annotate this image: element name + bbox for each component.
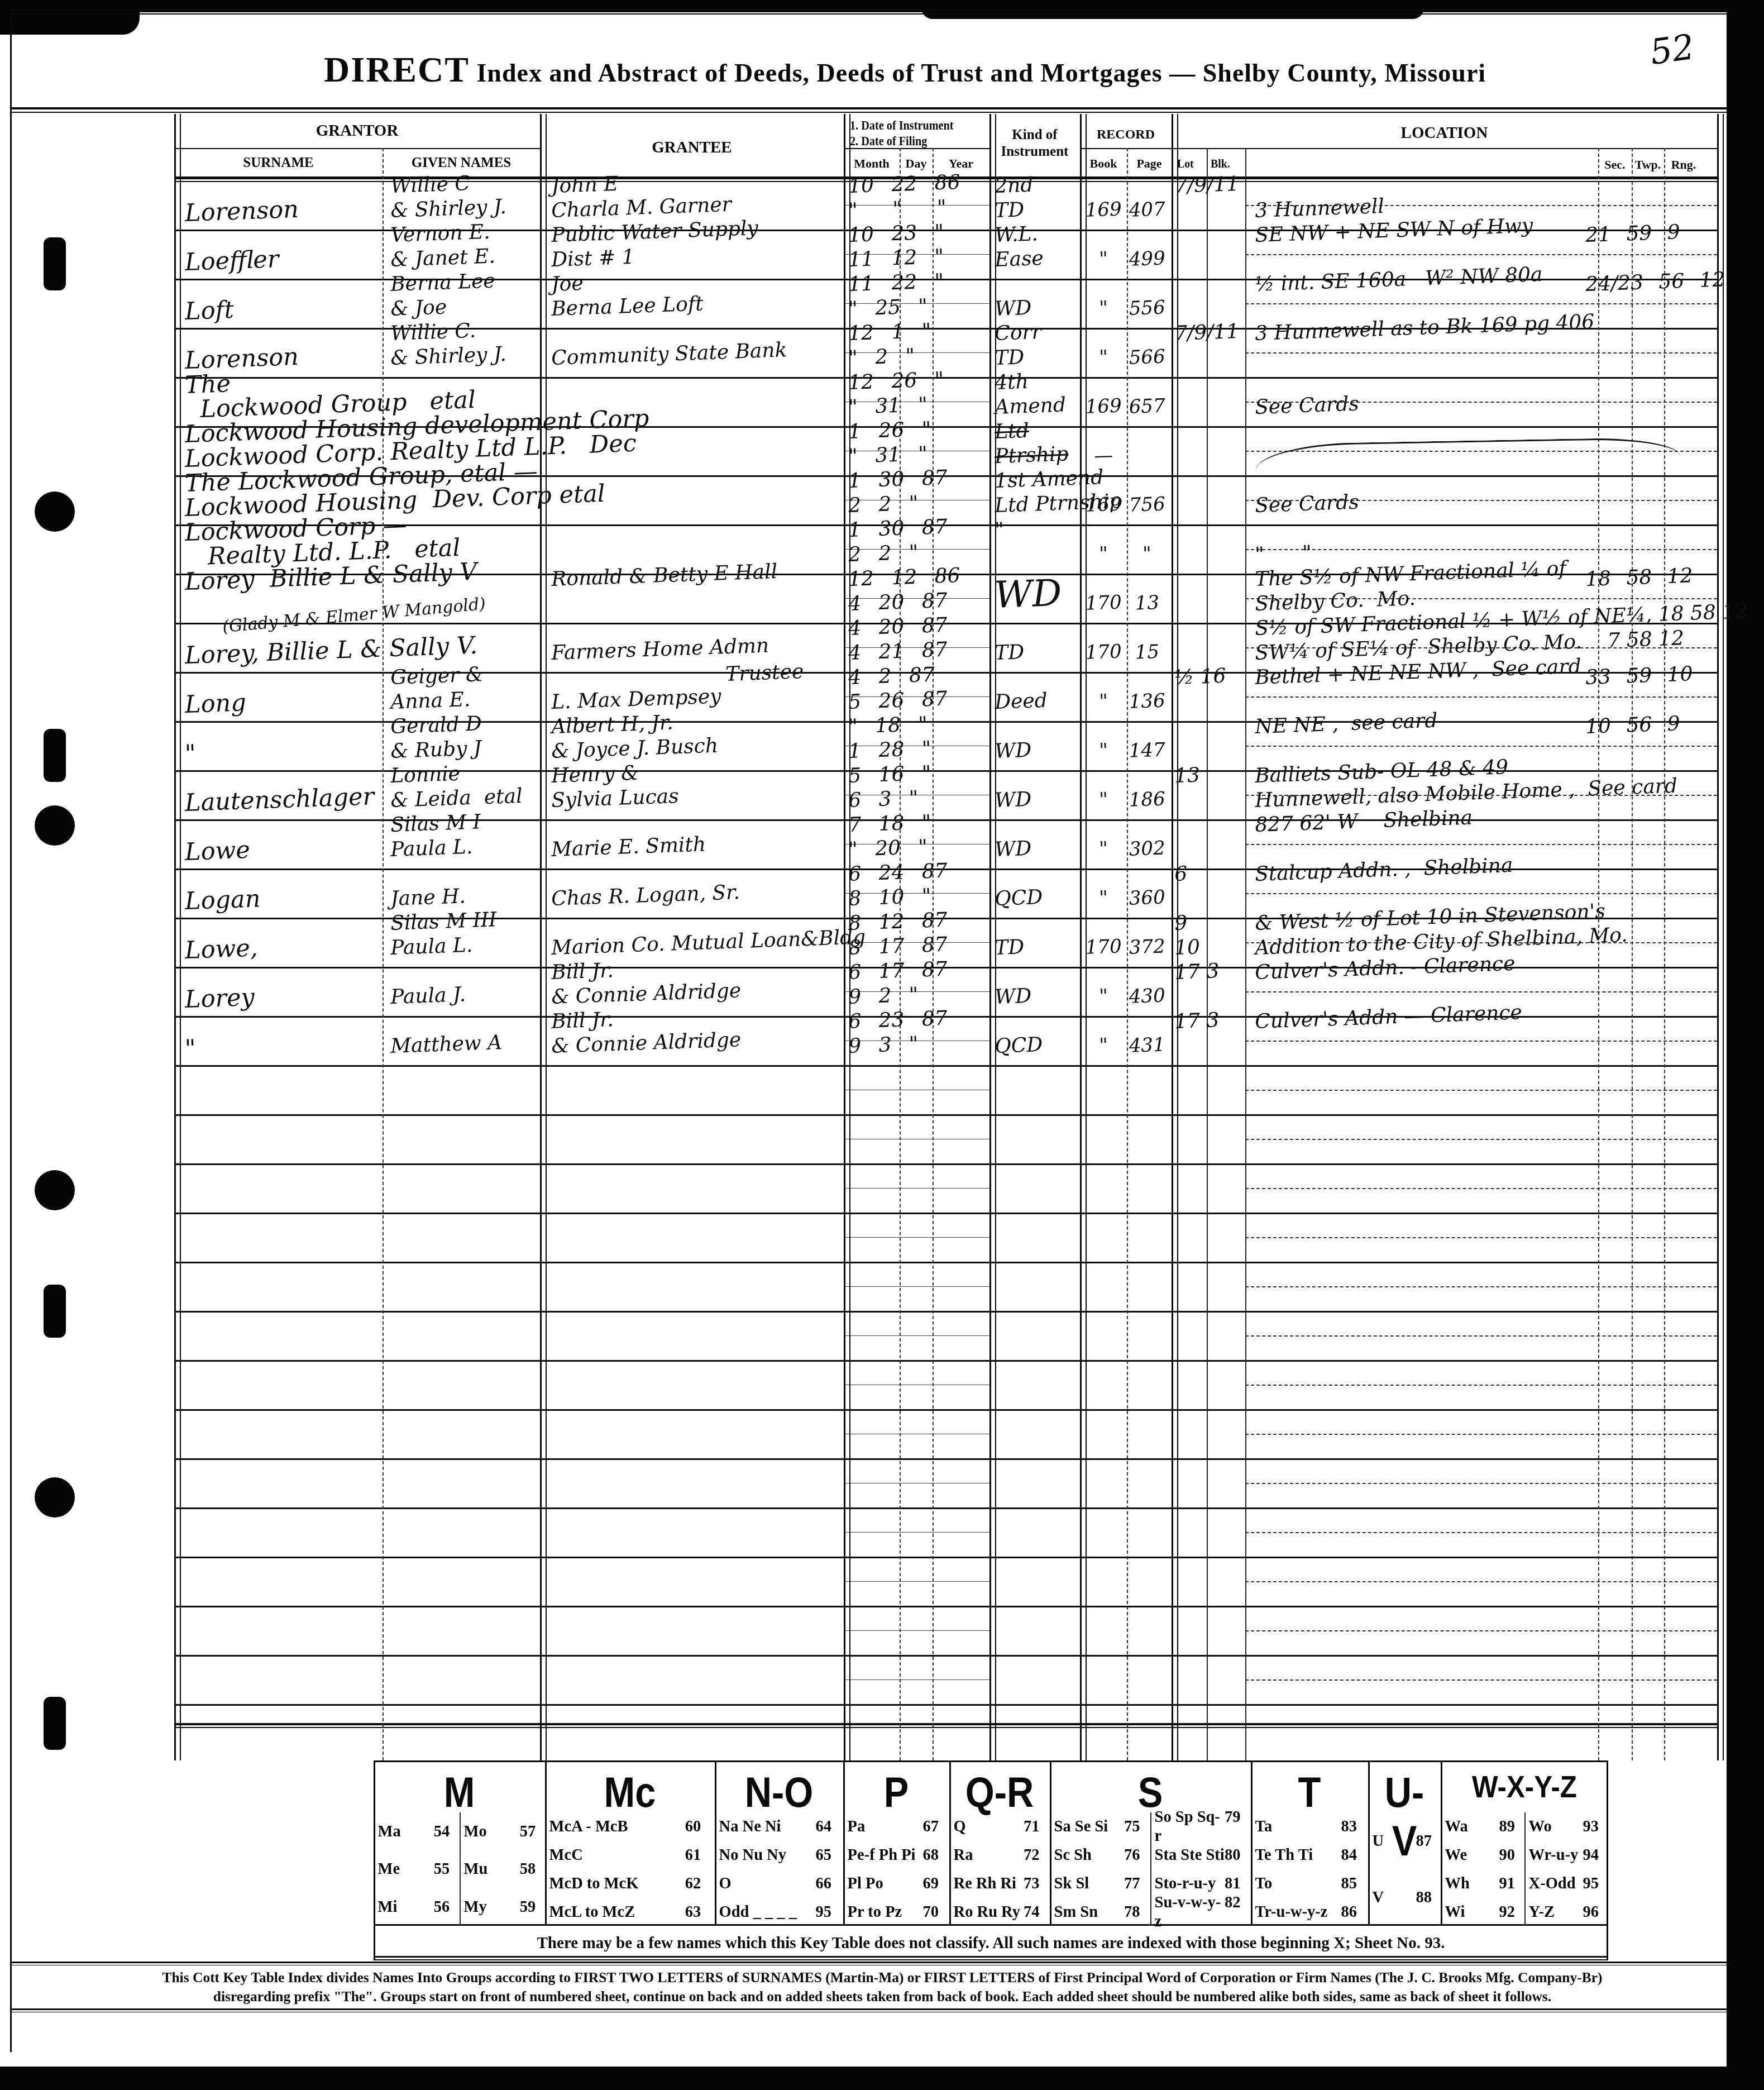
col-header-rng: Rng. (1664, 158, 1703, 172)
fine-print-line1: This Cott Key Table Index divides Names … (89, 1969, 1676, 1986)
hw-pg-bottom: 13 (1126, 591, 1168, 615)
rule-line (844, 1188, 989, 1189)
key-table-pair: Sk Sl77 (1050, 1874, 1145, 1893)
key-table-pair: Mi56 (374, 1897, 455, 1916)
key-table-pair: Te Th Ti84 (1251, 1845, 1363, 1864)
key-table-row: McD to McK62 (545, 1869, 715, 1898)
col-header-grantee: GRANTEE (540, 139, 844, 157)
col-header-date1: 1. Date of Instrument (850, 118, 954, 133)
key-table-pair: Sm Sn78 (1050, 1902, 1145, 1921)
rule-line (1607, 1926, 1608, 1959)
rule-line (174, 1360, 1717, 1362)
rule-line (844, 1483, 989, 1483)
hw-dat-bottom: " 2 " (848, 345, 915, 370)
hw-bk-bottom: " (1083, 689, 1125, 713)
key-table-row: U87 (1368, 1812, 1441, 1869)
hw-sur-bottom: Lowe (184, 836, 250, 866)
key-range-label: Wa (1445, 1817, 1468, 1836)
rule-line (1245, 1139, 1717, 1141)
key-range-label: Pr to Pz (848, 1902, 902, 1921)
key-table-pair: Wa89 (1441, 1817, 1521, 1836)
rule-line (1245, 1188, 1717, 1190)
rule-line (1245, 1237, 1717, 1239)
hw-pg-bottom: 499 (1126, 247, 1168, 271)
key-sheet-number: 74 (1024, 1902, 1040, 1921)
key-sheet-number: 55 (434, 1859, 450, 1878)
key-sheet-number: 79 (1225, 1807, 1241, 1845)
key-table-pair: Wo93 (1524, 1817, 1604, 1836)
col-header-sec: Sec. (1598, 158, 1632, 172)
key-range-label: X-Odd (1529, 1874, 1576, 1893)
rule-line (174, 148, 540, 149)
key-sheet-number: 87 (1416, 1831, 1432, 1850)
key-column-letter: Q-R (955, 1768, 1044, 1817)
col-header-month: Month (844, 156, 900, 171)
hw-pg-bottom: 302 (1126, 837, 1168, 861)
hw-sur-bottom: " (184, 1034, 197, 1063)
key-range-label: McA - McB (549, 1817, 628, 1836)
key-table-pair: Sto-r-u-y81 (1150, 1874, 1246, 1893)
rule-line (174, 1163, 1717, 1165)
hw-dat-bottom: " " " (848, 196, 947, 222)
hw-kin-bottom: Ease (995, 247, 1044, 271)
key-table-row: Tr-u-w-y-z86 (1251, 1897, 1368, 1926)
hw-kin-top: 4th (995, 370, 1029, 394)
hw-dat-bottom: 4 21 87 (848, 638, 948, 665)
hw-dat-bottom: 11 12 " (848, 245, 944, 271)
hw-gra-top: John E (551, 173, 619, 198)
key-table-pair: Odd _ _ _ _95 (715, 1902, 837, 1921)
key-range-label: Ra (954, 1845, 973, 1864)
key-sheet-number: 56 (434, 1897, 450, 1916)
key-table-pair: No Nu Ny65 (715, 1845, 837, 1864)
col-header-kind1: Kind of (989, 127, 1080, 143)
hw-gra-top: Trustee (725, 660, 804, 686)
hw-sur-bottom: Logan (184, 885, 261, 915)
key-sheet-number: 89 (1499, 1817, 1516, 1836)
key-sheet-number: 63 (685, 1902, 701, 1921)
hw-pg-bottom: 431 (1126, 1033, 1168, 1057)
hw-giv-bottom: & Leida etal (390, 785, 523, 812)
key-range-label: McD to McK (549, 1874, 639, 1893)
rule-line (460, 1812, 461, 1926)
hw-str-top: 33 59 10 (1585, 662, 1694, 689)
scan-top-blob (0, 0, 140, 35)
hw-dat-top: 12 26 " (848, 368, 944, 394)
hw-gra-bottom: Community State Bank (551, 338, 788, 370)
col-header-page: Page (1127, 156, 1172, 171)
key-table-pair: Sta Ste Sti80 (1150, 1845, 1246, 1864)
hw-lot-top: 9 (1174, 912, 1188, 935)
rule-line (1245, 1630, 1717, 1633)
rule-line (844, 1385, 989, 1385)
col-header-day: Day (900, 156, 933, 171)
rule-line (844, 1679, 989, 1680)
hw-bk-bottom: " (1083, 1033, 1125, 1057)
hw-dat-bottom: 9 2 " (848, 984, 919, 1009)
rule-line (11, 2008, 1727, 2010)
key-range-label: Tr-u-w-y-z (1255, 1902, 1328, 1921)
key-table-pair: U87 (1368, 1831, 1437, 1850)
key-range-label: Mi (378, 1897, 398, 1916)
col-header-year: Year (933, 156, 989, 171)
hw-giv-top: Silas M III (390, 908, 497, 935)
rule-line (174, 1655, 1717, 1657)
key-table-row: V88 (1368, 1869, 1441, 1926)
hw-sur-bottom: Lautenschlager (184, 782, 375, 817)
hw-gra-bottom: & Connie Aldridge (551, 979, 742, 1009)
key-sheet-number: 96 (1583, 1902, 1599, 1921)
key-sheet-number: 86 (1341, 1902, 1357, 1921)
key-range-label: Sto-r-u-y (1155, 1874, 1216, 1893)
rule-line (1245, 1385, 1717, 1387)
hw-lot-top: 17 3 (1174, 1009, 1220, 1033)
key-sheet-number: 57 (519, 1822, 536, 1841)
key-sheet-number: 58 (519, 1859, 536, 1878)
rule-line (174, 1723, 1717, 1725)
col-header-book: Book (1080, 156, 1127, 171)
rule-line (844, 1532, 989, 1533)
page-title: DIRECT Index and Abstract of Deeds, Deed… (324, 49, 1486, 90)
hw-sur-bottom: Lorey, Billie L & Sally V. (184, 632, 477, 670)
key-table-pair: Pl Po69 (843, 1874, 944, 1893)
hw-giv-top: Vernon E. (390, 221, 491, 247)
col-header-lot: Lot (1177, 156, 1194, 171)
hw-dat-top: 6 17 87 (848, 958, 948, 984)
hw-kin-top: 1st Amend (995, 466, 1104, 493)
hw-sur-bottom: Lorey (184, 984, 255, 1014)
key-range-label: Wr-u-y (1529, 1845, 1579, 1864)
key-range-label: Sa Se Si (1054, 1817, 1108, 1836)
hw-pg-bottom: 566 (1126, 345, 1168, 369)
hw-kin-bottom: WD (995, 739, 1032, 763)
key-range-label: Wh (1445, 1874, 1470, 1893)
hw-kin-bottom: Ptrship (995, 442, 1069, 468)
rule-line (844, 1139, 989, 1139)
key-sheet-number: 75 (1124, 1817, 1140, 1836)
rule-line (174, 1262, 1717, 1263)
key-sheet-number: 88 (1416, 1888, 1432, 1907)
hw-dat-top: 4 20 87 (848, 614, 948, 640)
hw-kin-bottom: TD (995, 198, 1025, 222)
key-range-label: Ro Ru Ry (954, 1902, 1020, 1921)
key-table-row: Te Th Ti84 (1251, 1841, 1368, 1869)
hw-giv-top: Willie C. (390, 319, 476, 345)
key-sheet-number: 62 (685, 1874, 701, 1893)
key-range-label: Me (378, 1859, 400, 1878)
key-table-pair: Wh91 (1441, 1874, 1521, 1893)
key-range-label: Sta Ste Sti (1155, 1845, 1225, 1864)
rule-line (174, 1311, 1717, 1313)
key-range-label: Q (954, 1817, 966, 1836)
col-header-twp: Twp. (1632, 158, 1664, 172)
key-table-row: Pa67 (843, 1812, 949, 1841)
hw-kin-top: WD (993, 571, 1062, 617)
hw-kin-top: Ltd (995, 419, 1030, 443)
key-table-row: Ta83 (1251, 1812, 1368, 1841)
key-range-label: Ma (378, 1822, 401, 1841)
key-sheet-number: 65 (816, 1845, 832, 1864)
key-table-pair: McL to McZ63 (545, 1902, 706, 1921)
hw-dat-top: 8 12 87 (848, 909, 948, 935)
rule-line (174, 1727, 1717, 1728)
hw-gra-bottom: & Connie Aldridge (551, 1028, 742, 1058)
col-header-grantor: GRANTOR (174, 122, 540, 140)
key-sheet-number: 82 (1225, 1893, 1241, 1931)
key-sheet-number: 81 (1225, 1874, 1241, 1893)
key-table-pair: We90 (1441, 1845, 1521, 1864)
key-sheet-number: 76 (1124, 1845, 1140, 1864)
hw-loc-bottom: See Cards (1255, 491, 1360, 517)
key-sheet-number: 83 (1341, 1817, 1357, 1836)
hw-gra-top: Albert H, Jr. (551, 711, 674, 738)
rule-line (11, 9, 1727, 11)
key-table-pair: Pa67 (843, 1817, 944, 1836)
hw-pg-bottom: " (1126, 542, 1168, 566)
hw-dat-bottom: 4 20 87 (848, 589, 948, 615)
punch-mark (44, 1697, 66, 1750)
hw-bk-bottom: 170 (1083, 935, 1125, 959)
key-range-label: No Nu Ny (719, 1845, 786, 1864)
hw-dat-top: 7 18 " (848, 811, 932, 837)
hw-bk-bottom: " (1083, 984, 1125, 1008)
hw-pg-bottom: 360 (1126, 886, 1168, 910)
key-range-label: McC (549, 1845, 583, 1864)
rule-line (1524, 1812, 1526, 1926)
hw-str-top: 18 58 12 (1585, 564, 1694, 591)
key-sheet-number: 69 (923, 1874, 939, 1893)
hw-giv-bottom: & Janet E. (390, 245, 496, 271)
hw-giv-bottom: Paula L. (390, 836, 473, 861)
key-range-label: Mo (463, 1822, 486, 1841)
hw-gra-bottom: Charla M. Garner (551, 193, 732, 222)
key-table-row: Odd _ _ _ _95 (715, 1897, 843, 1926)
key-table-pair: Pe-f Ph Pi68 (843, 1845, 944, 1864)
key-sheet-number: 78 (1124, 1902, 1140, 1921)
hw-dat-top: 1 26 " (848, 418, 932, 443)
hw-lot-top: 6 (1174, 862, 1188, 886)
rule-line (844, 1335, 989, 1336)
rule-line (11, 107, 1727, 109)
hw-giv-bottom: Jane H. (390, 885, 466, 910)
hw-bk-bottom: " (1083, 886, 1125, 910)
hw-kin-top: W.L. (995, 222, 1039, 247)
key-range-label: To (1255, 1874, 1273, 1893)
hw-gra-top: Bill Jr. (551, 959, 614, 984)
rule-line (844, 1090, 989, 1090)
hw-gra-bottom: Marie E. Smith (551, 833, 706, 861)
hw-pg-bottom: 372 (1126, 935, 1168, 959)
hw-giv-bottom: & Joe (390, 296, 447, 321)
hw-gra-top: Bill Jr. (551, 1008, 614, 1033)
hw-dat-bottom: 5 26 87 (848, 688, 948, 714)
key-column-letter: Mc (555, 1768, 705, 1817)
hw-str-top: 24/23 56 12 (1585, 268, 1726, 296)
punch-mark (44, 1285, 66, 1338)
rule-line (11, 112, 1727, 113)
hw-gra-top: Joe (551, 272, 584, 296)
key-table-pair: Sc Sh76 (1050, 1845, 1145, 1864)
hw-pg-bottom: 136 (1126, 689, 1168, 713)
key-sheet-number: 77 (1124, 1874, 1140, 1893)
rule-line (374, 1959, 1608, 1960)
rule-line (11, 2012, 1727, 2012)
key-table-pair: Tr-u-w-y-z86 (1251, 1902, 1363, 1921)
key-table-row: Ro Ru Ry74 (949, 1897, 1050, 1926)
hw-dat-top: 12 12 86 (848, 564, 961, 591)
hw-kin-top: Corr (995, 321, 1042, 345)
hw-bk-bottom: " (1083, 788, 1125, 812)
key-table-pair: Me55 (374, 1859, 455, 1878)
hw-sur-bottom: Long (184, 689, 246, 719)
page-number: 52 (1647, 26, 1696, 73)
key-table-pair: Ro Ru Ry74 (949, 1902, 1045, 1921)
hw-dat-top: 12 1 " (848, 319, 932, 345)
rule-line (844, 1434, 989, 1434)
hw-kin-bottom: QCD (995, 886, 1043, 910)
key-sheet-number: 94 (1583, 1845, 1599, 1864)
hw-giv-top: Lonnie (390, 762, 461, 788)
hw-str-top: 10 56 9 (1585, 712, 1681, 738)
hw-lot-top: 13 (1174, 764, 1201, 788)
hw-giv-top: Berna Lee (390, 269, 496, 296)
hw-gra-bottom: & Joyce J. Busch (551, 734, 719, 763)
rule-line (174, 1114, 1717, 1116)
hw-dat-top: 1 30 87 (848, 466, 948, 493)
hw-gra-bottom: Sylvia Lucas (551, 785, 680, 812)
hw-lot-top: ½ 16 (1174, 665, 1227, 689)
col-header-kind2: Instrument (989, 144, 1080, 160)
hw-dat-top: 5 16 " (848, 762, 932, 788)
key-range-label: Pl Po (848, 1874, 883, 1893)
hw-bk-bottom: " (1083, 345, 1125, 369)
key-table-pair: My59 (460, 1897, 541, 1916)
key-range-label: Wo (1529, 1817, 1552, 1836)
hw-bk-bottom: " (1083, 542, 1125, 566)
hw-giv-bottom: Paula J. (390, 983, 466, 1009)
rule-line (11, 1965, 1727, 1965)
rule-line (1245, 1286, 1717, 1289)
hw-dat-top: " 18 " (848, 713, 928, 738)
hw-gra-bottom: Chas R. Logan, Sr. (551, 881, 740, 910)
key-table-pair: Ta83 (1251, 1817, 1363, 1836)
key-table-pair: O66 (715, 1874, 837, 1893)
page-title-rest: Index and Abstract of Deeds, Deeds of Tr… (470, 59, 1486, 87)
hw-dat-bottom: 6 3 " (848, 787, 919, 812)
hw-pg-bottom: 407 (1126, 198, 1168, 222)
hw-dat-bottom: 1 28 " (848, 737, 932, 763)
hw-lot-bottom: 10 (1174, 936, 1201, 960)
key-column-letter: N-O (723, 1768, 835, 1817)
key-table-pair: Mu58 (460, 1859, 541, 1878)
key-sheet-number: 67 (923, 1817, 939, 1836)
hw-gra-top: Henry & (551, 762, 639, 788)
key-range-label: Wi (1445, 1902, 1465, 1921)
key-sheet-number: 59 (519, 1897, 536, 1916)
key-sheet-number: 61 (685, 1845, 701, 1864)
key-sheet-number: 71 (1024, 1817, 1040, 1836)
hw-giv-bottom: Paula L. (390, 934, 473, 960)
key-table-row: McL to McZ63 (545, 1897, 715, 1926)
key-table-pair: Re Rh Ri73 (949, 1874, 1045, 1893)
key-sheet-number: 84 (1341, 1845, 1357, 1864)
key-column-letter: W-X-Y-Z (1451, 1768, 1598, 1805)
key-sheet-number: 80 (1225, 1845, 1241, 1864)
hw-dat-bottom: 8 17 87 (848, 933, 948, 960)
key-sheet-number: 85 (1341, 1874, 1357, 1893)
entry-row: LorensonWillie C.& Shirley J.Community S… (0, 328, 1764, 377)
key-sheet-number: 90 (1499, 1845, 1516, 1864)
key-range-label: Ta (1255, 1817, 1273, 1836)
hw-sur-bottom: " (184, 739, 197, 768)
rule-line (174, 1704, 1717, 1706)
rule-line (1245, 1434, 1717, 1436)
hw-bk-bottom: " (1083, 837, 1125, 861)
rule-line (174, 1507, 1717, 1509)
hw-kin-bottom: TD (995, 346, 1025, 370)
key-table-pair: Pr to Pz70 (843, 1902, 944, 1921)
hw-sur-bottom: Lowe, (184, 934, 258, 965)
hw-lot-top: 7/9/11 (1174, 173, 1240, 198)
key-column-letter: P (849, 1768, 943, 1817)
key-table-pair: Wr-u-y94 (1524, 1845, 1604, 1864)
hw-sur-bottom: Loft (184, 296, 234, 326)
key-range-label: Sm Sn (1054, 1902, 1098, 1921)
rule-line (1150, 1812, 1151, 1926)
hw-loc-bottom: " " (1255, 541, 1312, 566)
key-table-pair: Su-v-w-y-z82 (1150, 1893, 1246, 1931)
rule-line (174, 1557, 1717, 1558)
key-table-row: O66 (715, 1869, 843, 1898)
hw-dat-bottom: " 31 " (848, 442, 928, 468)
key-table-pair: McC61 (545, 1845, 706, 1864)
key-sheet-number: 92 (1499, 1902, 1516, 1921)
key-table-row: McA - McB60 (545, 1812, 715, 1841)
hw-kin-bottom: TD (995, 641, 1025, 665)
key-table-pair: Wi92 (1441, 1902, 1521, 1921)
rule-line (174, 1065, 1717, 1067)
hw-pg-bottom: 186 (1126, 788, 1168, 812)
key-table-pair: Na Ne Ni64 (715, 1817, 837, 1836)
hw-gra-bottom: L. Max Dempsey (551, 685, 722, 714)
hw-dat-top: 11 22 " (848, 270, 944, 296)
key-range-label: Su-v-w-y-z (1155, 1893, 1225, 1931)
key-sheet-number: 64 (816, 1817, 832, 1836)
key-table-row: Pl Po69 (843, 1869, 949, 1898)
hw-bk-bottom: " (1083, 247, 1125, 271)
key-table-row: Re Rh Ri73 (949, 1869, 1050, 1898)
hw-loc-bottom: See Cards (1255, 393, 1360, 419)
rule-line (174, 1213, 1717, 1214)
hw-bk-bottom: 169 (1083, 493, 1125, 517)
hw-pg-bottom: 657 (1126, 394, 1168, 418)
col-header-blk: Blk. (1211, 156, 1230, 171)
hw-lot-top: 7/9/11 (1174, 320, 1240, 345)
rule-line (1245, 1679, 1717, 1682)
key-table-row: McC61 (545, 1841, 715, 1869)
key-table-pair: Q71 (949, 1817, 1045, 1836)
key-range-label: Mu (463, 1859, 487, 1878)
hw-pg-bottom: 756 (1126, 493, 1168, 517)
key-range-label: Re Rh Ri (954, 1874, 1016, 1893)
key-range-label: We (1445, 1845, 1467, 1864)
key-table-pair: V88 (1368, 1888, 1437, 1907)
key-range-label: McL to McZ (549, 1902, 635, 1921)
hw-dat-top: 6 23 87 (848, 1007, 948, 1033)
rule-line (11, 13, 1727, 15)
entry-row: LautenschlagerLonnie& Leida etalHenry &S… (0, 770, 1764, 819)
key-table-row: Pe-f Ph Pi68 (843, 1841, 949, 1869)
